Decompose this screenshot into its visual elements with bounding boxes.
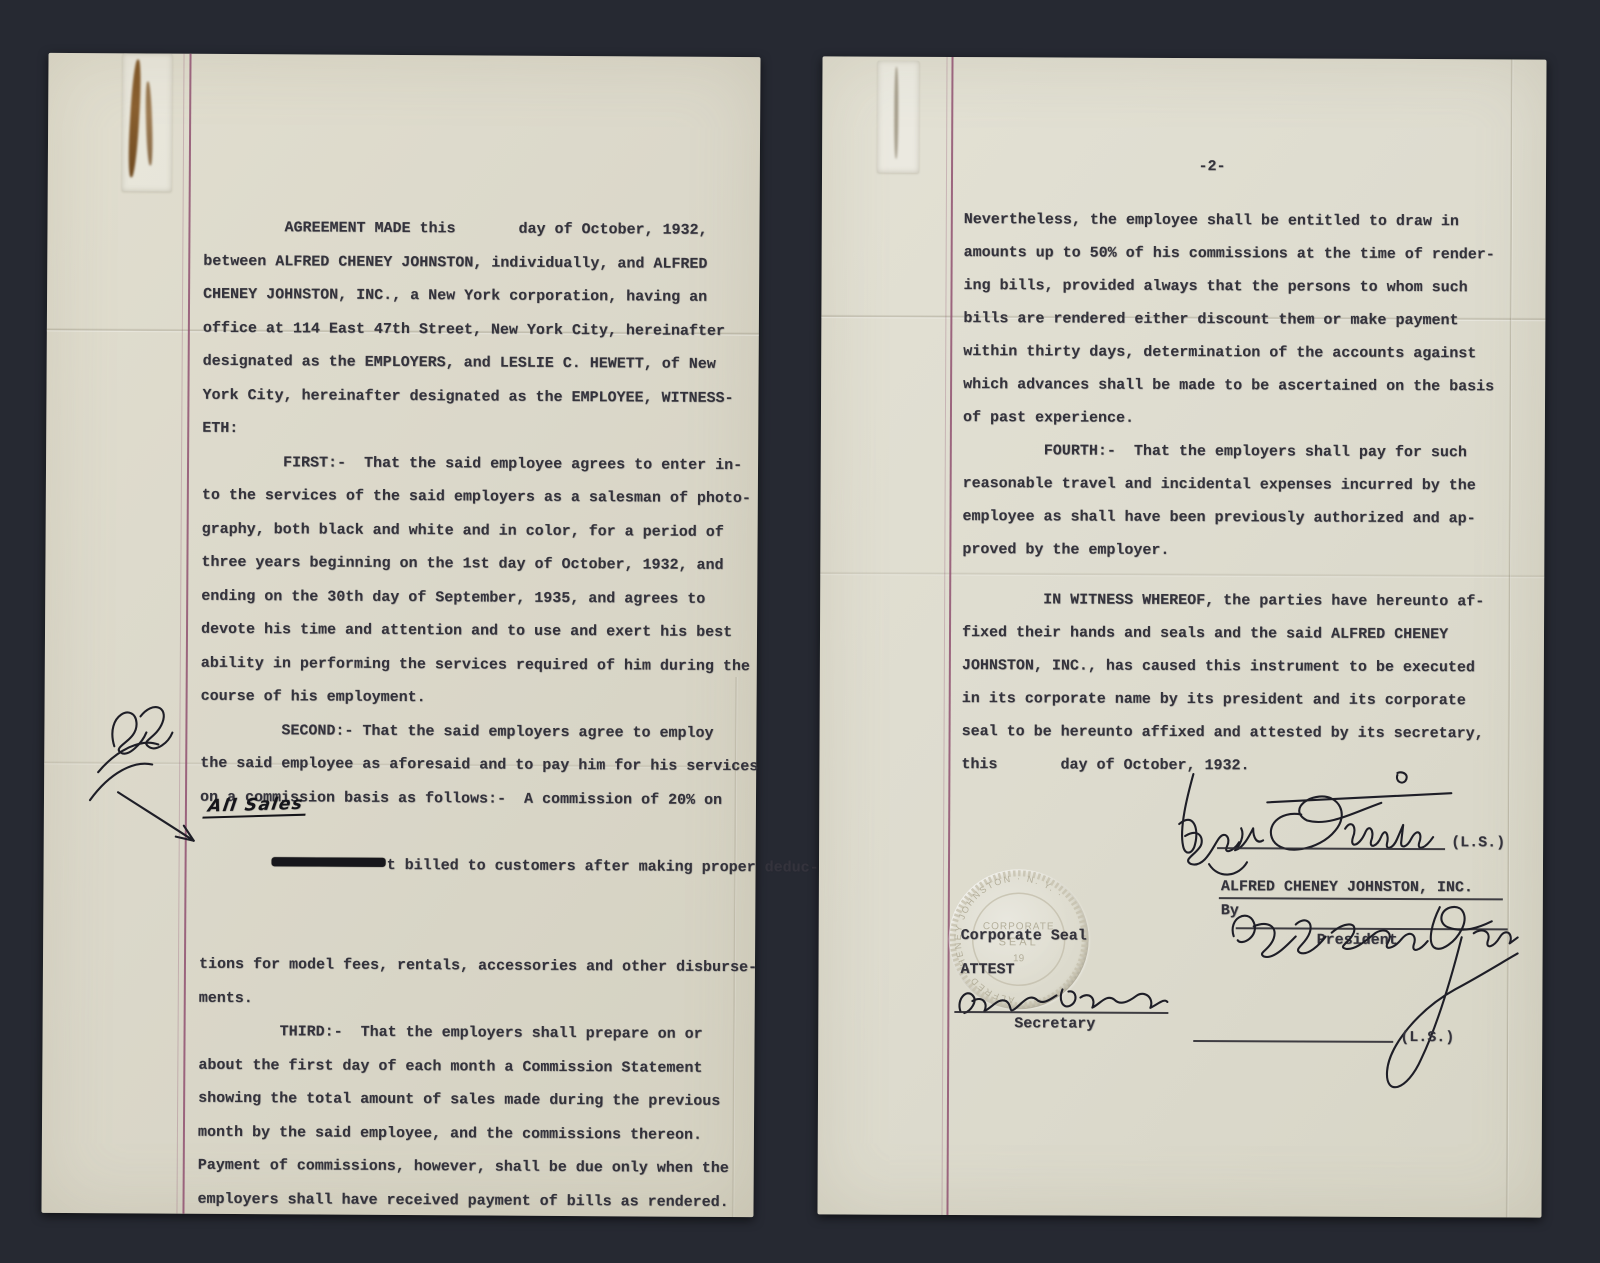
secretary-signature (954, 975, 1169, 1021)
page-number: -2- (952, 157, 1472, 177)
typed-line: three years beginning on the 1st day of … (201, 546, 763, 583)
typed-line: amounts up to 50% of his commissions at … (964, 236, 1512, 271)
typed-line: to the services of the said employers as… (202, 479, 764, 516)
typed-line: of past experience. (963, 401, 1511, 436)
typed-line: York City, hereinafter designated as the… (202, 378, 764, 415)
president-signature (1223, 896, 1524, 1127)
typed-line: JOHNSTON, INC., has caused this instrume… (962, 649, 1510, 684)
typed-line: between ALFRED CHENEY JOHNSTON, individu… (203, 244, 765, 281)
typed-line: tions for model fees, rentals, accessori… (199, 948, 761, 985)
typed-line: CHENEY JOHNSTON, INC., a New York corpor… (203, 278, 765, 315)
typed-line: the said employee as aforesaid and to pa… (200, 747, 762, 784)
typed-line: designated as the EMPLOYERS, and LESLIE … (203, 345, 765, 382)
paragraph-nevertheless: Nevertheless, the employee shall be enti… (963, 203, 1512, 436)
typed-line: seal to be hereunto affixed and attested… (962, 715, 1510, 750)
typed-line: THIRD:- That the employers shall prepare… (198, 1015, 760, 1052)
typed-line: which advances shall be made to be ascer… (963, 368, 1511, 403)
typed-line: employee as shall have been previously a… (962, 500, 1510, 535)
typed-line: AGREEMENT MADE this day of October, 1932… (203, 211, 765, 248)
contract-page-2: -2- Nevertheless, the employee shall be … (817, 56, 1546, 1217)
paragraph-fourth: FOURTH:- That the employers shall pay fo… (962, 434, 1511, 568)
typed-line: employers shall have received payment of… (197, 1182, 759, 1219)
typed-line: Nevertheless, the employee shall be enti… (964, 203, 1512, 238)
typed-line: IN WITNESS WHEREOF, the parties have her… (962, 583, 1510, 618)
typed-line: office at 114 East 47th Street, New York… (203, 311, 765, 348)
typed-line: reasonable travel and incidental expense… (963, 467, 1511, 502)
marginal-initials-annotation (70, 688, 211, 859)
typed-line: about the first day of each month a Comm… (198, 1048, 760, 1085)
seal-center-line3: 19 (1013, 953, 1025, 964)
typed-line: fixed their hands and seals and the said… (962, 616, 1510, 651)
typed-line: within thirty days, determination of the… (963, 335, 1511, 370)
fold-crease (820, 571, 1544, 578)
typed-line: course of his employment. (201, 680, 763, 717)
typed-line: ing bills, provided always that the pers… (963, 269, 1511, 304)
typed-line: showing the total amount of sales made d… (198, 1082, 760, 1119)
typed-line: ability in performing the services requi… (201, 646, 763, 683)
secretary-label: Secretary (1014, 1015, 1095, 1033)
paragraphs-before-redaction: AGREEMENT MADE this day of October, 1932… (200, 211, 766, 817)
margin-rule (182, 54, 191, 1214)
handwritten-insert: All Sales (202, 794, 309, 819)
ls-seal-label-top: (L.S.) (1451, 834, 1505, 852)
typed-line: in its corporate name by its president a… (962, 682, 1510, 717)
typed-line: FOURTH:- That the employers shall pay fo… (963, 434, 1511, 469)
employee-signature (1149, 768, 1459, 879)
typed-line: graphy, both black and white and in colo… (202, 512, 764, 549)
typed-line: proved by the employer. (962, 533, 1510, 568)
typed-line: ETH: (202, 412, 764, 449)
typed-line: ments. (199, 981, 761, 1018)
ls-seal-label-bottom: (L.S.) (1400, 1029, 1454, 1047)
typed-line: Payment of commissions, however, shall b… (198, 1149, 760, 1186)
typed-line: month by the said employee, and the comm… (198, 1115, 760, 1152)
typed-line: FIRST:- That the said employee agrees to… (202, 445, 764, 482)
annotation-arrow (118, 792, 194, 840)
typed-body: AGREEMENT MADE this day of October, 1932… (197, 211, 765, 1219)
corporate-seal-label: Corporate Seal (961, 927, 1087, 946)
paragraphs-after-redaction: tions for model fees, rentals, accessori… (197, 948, 761, 1219)
redacted-line: t billed to customers after making prope… (199, 814, 762, 951)
typed-line: ending on the 30th day of September, 193… (201, 579, 763, 616)
company-name: ALFRED CHENEY JOHNSTON, INC. (1221, 878, 1473, 897)
document-photo: AGREEMENT MADE this day of October, 1932… (0, 0, 1600, 1263)
paragraph-witness: IN WITNESS WHEREOF, the parties have her… (961, 583, 1510, 783)
contract-page-1: AGREEMENT MADE this day of October, 1932… (41, 53, 760, 1217)
typed-line: devote his time and attention and to use… (201, 613, 763, 650)
redaction-strikeout (272, 857, 386, 867)
redacted-line-tail: t billed to customers after making prope… (387, 856, 819, 876)
typed-line: bills are rendered either discount them … (963, 302, 1511, 337)
margin-rule (946, 57, 953, 1215)
typed-line: SECOND:- That the said employers agree t… (200, 713, 762, 750)
